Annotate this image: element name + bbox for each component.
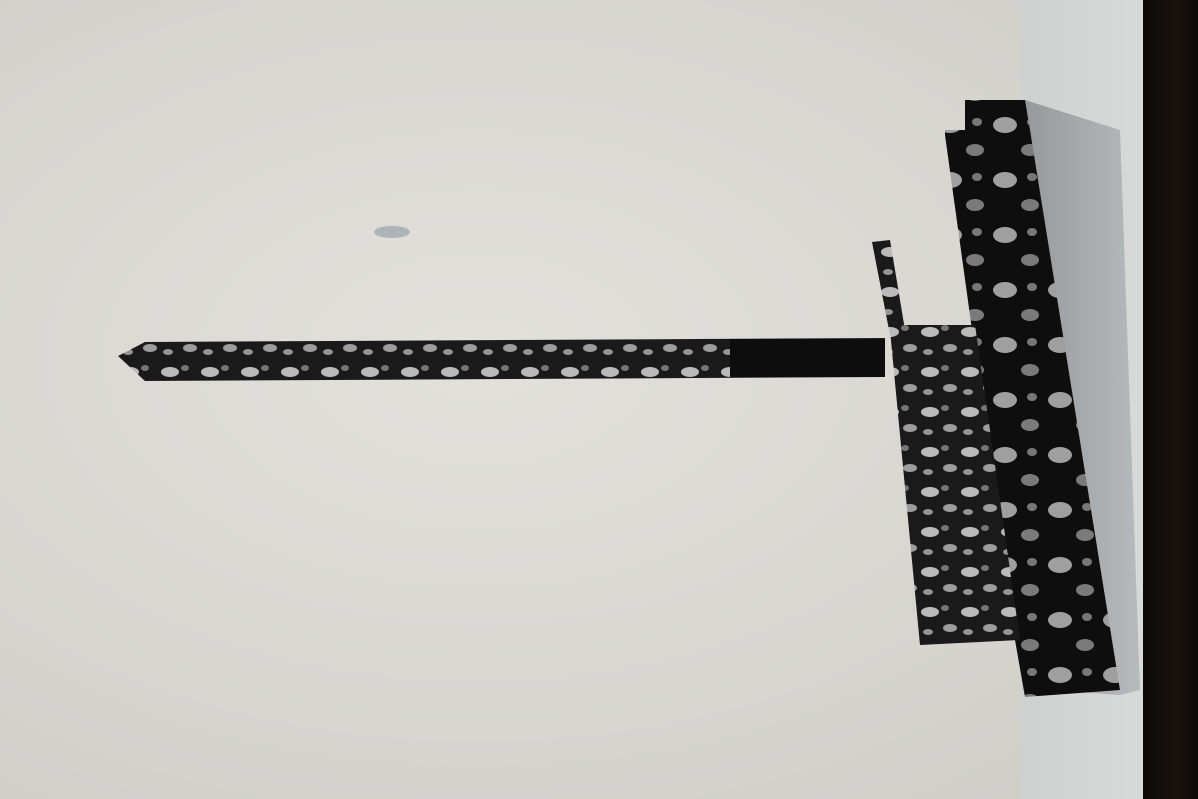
photograph <box>0 0 1198 799</box>
long-stick <box>118 338 885 381</box>
short-upright <box>872 240 905 335</box>
wall-speck <box>374 226 410 238</box>
sculpture <box>0 0 1198 799</box>
